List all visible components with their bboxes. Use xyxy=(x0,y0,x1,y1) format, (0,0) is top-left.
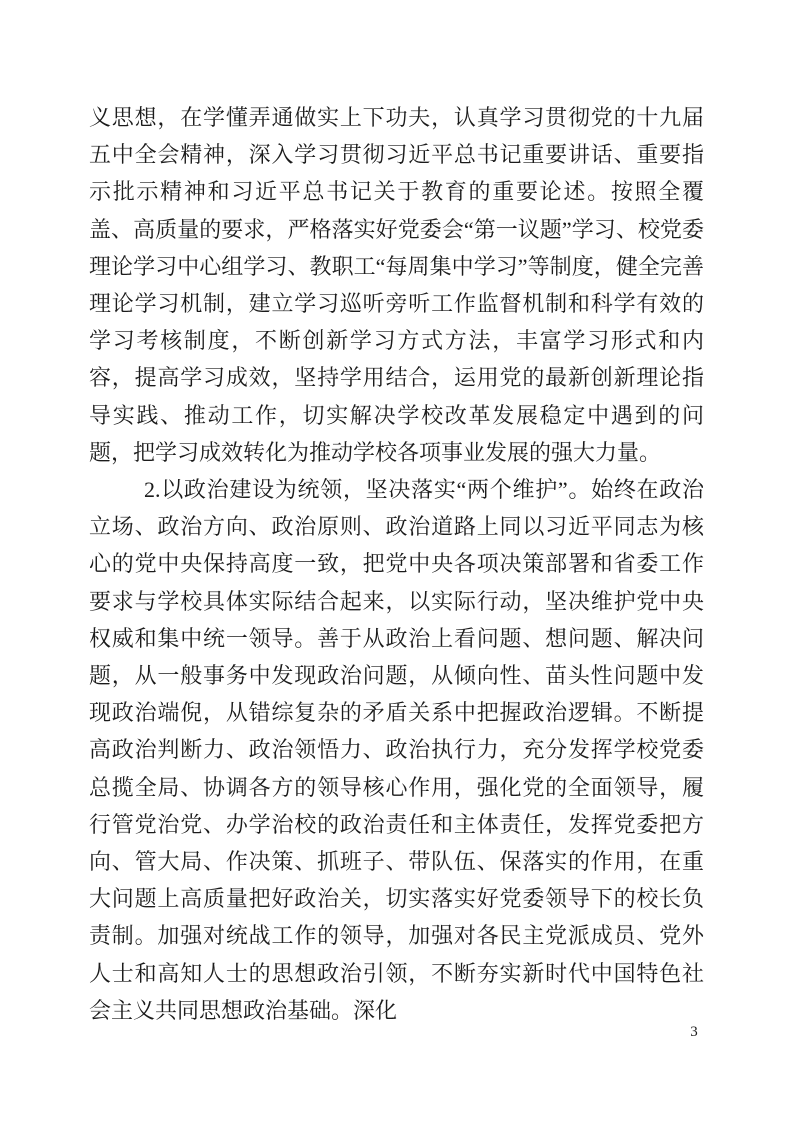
paragraph-1: 义思想，在学懂弄通做实上下功夫，认真学习贯彻党的十九届五中全会精神，深入学习贯彻… xyxy=(89,99,704,471)
paragraph-2-heading: 2.以政治建设为统领，坚决落实“两个维护”。 xyxy=(144,477,591,502)
paragraph-2: 2.以政治建设为统领，坚决落实“两个维护”。始终在政治立场、政治方向、政治原则、… xyxy=(89,471,704,1029)
document-page: 义思想，在学懂弄通做实上下功夫，认真学习贯彻党的十九届五中全会精神，深入学习贯彻… xyxy=(0,0,793,1122)
paragraph-2-text: 始终在政治立场、政治方向、政治原则、政治道路上同以习近平同志为核心的党中央保持高… xyxy=(89,477,704,1023)
page-number: 3 xyxy=(684,1022,704,1042)
document-body: 义思想，在学懂弄通做实上下功夫，认真学习贯彻党的十九届五中全会精神，深入学习贯彻… xyxy=(89,99,704,1029)
